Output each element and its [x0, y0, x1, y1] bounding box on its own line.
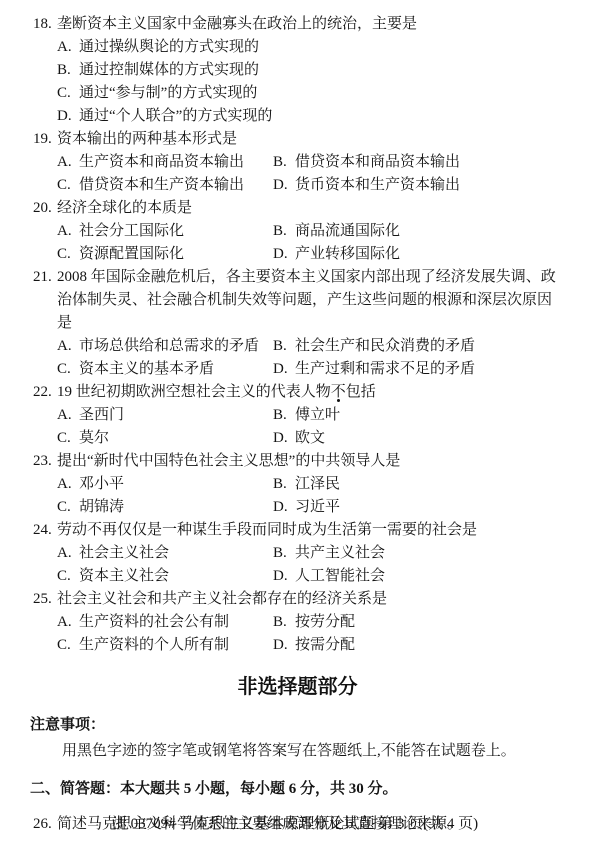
option-text: 资本主义的基本矛盾 [79, 358, 273, 381]
option-label: C. [57, 565, 79, 588]
option-label: B. [273, 151, 295, 174]
option-text: 共产主义社会 [295, 542, 562, 565]
option-text: 按劳分配 [295, 611, 562, 634]
option-label: A. [57, 542, 79, 565]
stem-text-pre: 19 世纪初期欧洲空想社会主义的代表人物 [57, 384, 331, 400]
question-stem: 社会主义社会和共产主义社会都存在的经济关系是 [57, 588, 562, 611]
option-B: B.共产主义社会 [273, 542, 562, 565]
option-B: B.商品流通国际化 [273, 220, 562, 243]
option-text: 借贷资本和生产资本输出 [79, 174, 273, 197]
question-block: 18.垄断资本主义国家中金融寡头在政治上的统治，主要是A.通过操纵舆论的方式实现… [33, 13, 562, 128]
option-text: 按需分配 [295, 634, 562, 657]
option-label: D. [273, 634, 295, 657]
option-label: A. [57, 220, 79, 243]
question-number: 24. [33, 519, 57, 542]
question-block: 19.资本输出的两种基本形式是A.生产资本和商品资本输出B.借贷资本和商品资本输… [33, 128, 562, 197]
option-label: B. [273, 335, 295, 358]
question-stem: 2008 年国际金融危机后，各主要资本主义国家内部出现了经济发展失调、政治体制失… [57, 266, 562, 335]
options-list: A.社会主义社会B.共产主义社会C.资本主义社会D.人工智能社会 [33, 542, 562, 588]
option-label: C. [57, 174, 79, 197]
option-B: B.社会生产和民众消费的矛盾 [273, 335, 562, 358]
option-text: 社会分工国际化 [79, 220, 273, 243]
option-C: C.莫尔 [57, 427, 273, 450]
question-block: 22.19 世纪初期欧洲空想社会主义的代表人物不包括A.圣西门B.傅立叶C.莫尔… [33, 381, 562, 450]
option-text: 生产资料的个人所有制 [79, 634, 273, 657]
option-text: 习近平 [295, 496, 562, 519]
option-text: 借贷资本和商品资本输出 [295, 151, 562, 174]
option-label: D. [273, 427, 295, 450]
option-label: A. [57, 36, 79, 59]
option-text: 莫尔 [79, 427, 273, 450]
option-text: 通过“参与制”的方式实现的 [79, 82, 562, 105]
option-D: D.按需分配 [273, 634, 562, 657]
question-block: 23.提出“新时代中国特色社会主义思想”的中共领导人是A.邓小平B.江泽民C.胡… [33, 450, 562, 519]
option-C: C.资源配置国际化 [57, 243, 273, 266]
options-list: A.圣西门B.傅立叶C.莫尔D.欧文 [33, 404, 562, 450]
choice-questions-section: 18.垄断资本主义国家中金融寡头在政治上的统治，主要是A.通过操纵舆论的方式实现… [33, 13, 562, 657]
option-text: 商品流通国际化 [295, 220, 562, 243]
option-D: D.货币资本和生产资本输出 [273, 174, 562, 197]
question-block: 21.2008 年国际金融危机后，各主要资本主义国家内部出现了经济发展失调、政治… [33, 266, 562, 381]
option-B: B.通过控制媒体的方式实现的 [57, 59, 562, 82]
option-text: 生产过剩和需求不足的矛盾 [295, 358, 562, 381]
option-text: 生产资料的社会公有制 [79, 611, 273, 634]
question-number: 19. [33, 128, 57, 151]
option-A: A.邓小平 [57, 473, 273, 496]
question-stem: 资本输出的两种基本形式是 [57, 128, 562, 151]
option-A: A.市场总供给和总需求的矛盾 [57, 335, 273, 358]
question-stem-row: 19.资本输出的两种基本形式是 [33, 128, 562, 151]
question-number: 21. [33, 266, 57, 335]
question-stem-row: 23.提出“新时代中国特色社会主义思想”的中共领导人是 [33, 450, 562, 473]
option-A: A.社会分工国际化 [57, 220, 273, 243]
option-text: 邓小平 [79, 473, 273, 496]
stem-text-post: 包括 [346, 384, 376, 400]
option-label: B. [273, 220, 295, 243]
option-A: A.社会主义社会 [57, 542, 273, 565]
notice-title: 注意事项： [30, 714, 562, 737]
option-label: A. [57, 404, 79, 427]
question-stem: 劳动不再仅仅是一种谋生手段而同时成为生活第一需要的社会是 [57, 519, 562, 542]
option-label: B. [273, 542, 295, 565]
option-D: D.欧文 [273, 427, 562, 450]
option-C: C.生产资料的个人所有制 [57, 634, 273, 657]
option-label: C. [57, 634, 79, 657]
option-B: B.傅立叶 [273, 404, 562, 427]
option-D: D.习近平 [273, 496, 562, 519]
question-stem: 经济全球化的本质是 [57, 197, 562, 220]
option-text: 社会主义社会 [79, 542, 273, 565]
question-block: 20.经济全球化的本质是A.社会分工国际化B.商品流通国际化C.资源配置国际化D… [33, 197, 562, 266]
option-C: C.借贷资本和生产资本输出 [57, 174, 273, 197]
section-heading: 非选择题部分 [33, 672, 562, 702]
question-stem-row: 25.社会主义社会和共产主义社会都存在的经济关系是 [33, 588, 562, 611]
stem-emphasized-char: 不 [331, 384, 346, 400]
option-label: D. [273, 496, 295, 519]
question-stem-row: 20.经济全球化的本质是 [33, 197, 562, 220]
option-A: A.生产资料的社会公有制 [57, 611, 273, 634]
option-label: A. [57, 611, 79, 634]
question-number: 25. [33, 588, 57, 611]
option-C: C.通过“参与制”的方式实现的 [57, 82, 562, 105]
question-number: 18. [33, 13, 57, 36]
option-label: B. [273, 404, 295, 427]
option-label: B. [273, 473, 295, 496]
option-label: C. [57, 243, 79, 266]
option-label: B. [273, 611, 295, 634]
option-D: D.产业转移国际化 [273, 243, 562, 266]
option-C: C.胡锦涛 [57, 496, 273, 519]
option-text: 人工智能社会 [295, 565, 562, 588]
option-label: D. [273, 243, 295, 266]
option-label: B. [57, 59, 79, 82]
option-text: 通过控制媒体的方式实现的 [79, 59, 562, 82]
option-label: C. [57, 427, 79, 450]
options-list: A.邓小平B.江泽民C.胡锦涛D.习近平 [33, 473, 562, 519]
question-stem: 提出“新时代中国特色社会主义思想”的中共领导人是 [57, 450, 562, 473]
question-number: 22. [33, 381, 57, 404]
option-B: B.江泽民 [273, 473, 562, 496]
option-B: B.按劳分配 [273, 611, 562, 634]
question-stem-row: 22.19 世纪初期欧洲空想社会主义的代表人物不包括 [33, 381, 562, 404]
option-label: C. [57, 358, 79, 381]
option-label: A. [57, 473, 79, 496]
option-label: A. [57, 151, 79, 174]
option-text: 资本主义社会 [79, 565, 273, 588]
question-stem: 19 世纪初期欧洲空想社会主义的代表人物不包括 [57, 381, 562, 404]
option-text: 通过操纵舆论的方式实现的 [79, 36, 562, 59]
option-text: 生产资本和商品资本输出 [79, 151, 273, 174]
option-text: 欧文 [295, 427, 562, 450]
option-text: 社会生产和民众消费的矛盾 [295, 335, 562, 358]
option-text: 产业转移国际化 [295, 243, 562, 266]
option-B: B.借贷资本和商品资本输出 [273, 151, 562, 174]
question-stem-row: 21.2008 年国际金融危机后，各主要资本主义国家内部出现了经济发展失调、政治… [33, 266, 562, 335]
option-text: 圣西门 [79, 404, 273, 427]
option-C: C.资本主义的基本矛盾 [57, 358, 273, 381]
exam-page: 18.垄断资本主义国家中金融寡头在政治上的统治，主要是A.通过操纵舆论的方式实现… [0, 0, 590, 860]
option-label: D. [273, 565, 295, 588]
option-D: D.通过“个人联合”的方式实现的 [57, 105, 562, 128]
question-stem: 垄断资本主义国家中金融寡头在政治上的统治，主要是 [57, 13, 562, 36]
option-text: 傅立叶 [295, 404, 562, 427]
option-text: 胡锦涛 [79, 496, 273, 519]
option-D: D.人工智能社会 [273, 565, 562, 588]
option-A: A.通过操纵舆论的方式实现的 [57, 36, 562, 59]
options-list: A.通过操纵舆论的方式实现的B.通过控制媒体的方式实现的C.通过“参与制”的方式… [33, 36, 562, 128]
option-label: A. [57, 335, 79, 358]
question-number: 20. [33, 197, 57, 220]
question-number: 23. [33, 450, 57, 473]
option-A: A.生产资本和商品资本输出 [57, 151, 273, 174]
option-label: D. [273, 174, 295, 197]
option-text: 市场总供给和总需求的矛盾 [79, 335, 273, 358]
option-text: 货币资本和生产资本输出 [295, 174, 562, 197]
notice-body: 用黑色字迹的签字笔或钢笔将答案写在答题纸上,不能答在试题卷上。 [30, 740, 562, 763]
option-text: 通过“个人联合”的方式实现的 [79, 105, 562, 128]
option-label: D. [273, 358, 295, 381]
part2-title: 二、简答题：本大题共 5 小题，每小题 6 分，共 30 分。 [30, 778, 562, 801]
question-block: 24.劳动不再仅仅是一种谋生手段而同时成为生活第一需要的社会是A.社会主义社会B… [33, 519, 562, 588]
options-list: A.社会分工国际化B.商品流通国际化C.资源配置国际化D.产业转移国际化 [33, 220, 562, 266]
options-list: A.市场总供给和总需求的矛盾B.社会生产和民众消费的矛盾C.资本主义的基本矛盾D… [33, 335, 562, 381]
option-label: D. [57, 105, 79, 128]
option-text: 江泽民 [295, 473, 562, 496]
options-list: A.生产资本和商品资本输出B.借贷资本和商品资本输出C.借贷资本和生产资本输出D… [33, 151, 562, 197]
option-C: C.资本主义社会 [57, 565, 273, 588]
notice-block: 注意事项： 用黑色字迹的签字笔或钢笔将答案写在答题纸上,不能答在试题卷上。 [30, 714, 562, 763]
option-label: C. [57, 82, 79, 105]
question-stem-row: 18.垄断资本主义国家中金融寡头在政治上的统治，主要是 [33, 13, 562, 36]
option-text: 资源配置国际化 [79, 243, 273, 266]
question-stem-row: 24.劳动不再仅仅是一种谋生手段而同时成为生活第一需要的社会是 [33, 519, 562, 542]
page-footer: 浙 03709# 马克思主义基本原理概论试题 第 3 页(共 4 页) [0, 814, 590, 834]
option-A: A.圣西门 [57, 404, 273, 427]
options-list: A.生产资料的社会公有制B.按劳分配C.生产资料的个人所有制D.按需分配 [33, 611, 562, 657]
question-block: 25.社会主义社会和共产主义社会都存在的经济关系是A.生产资料的社会公有制B.按… [33, 588, 562, 657]
option-label: C. [57, 496, 79, 519]
option-D: D.生产过剩和需求不足的矛盾 [273, 358, 562, 381]
